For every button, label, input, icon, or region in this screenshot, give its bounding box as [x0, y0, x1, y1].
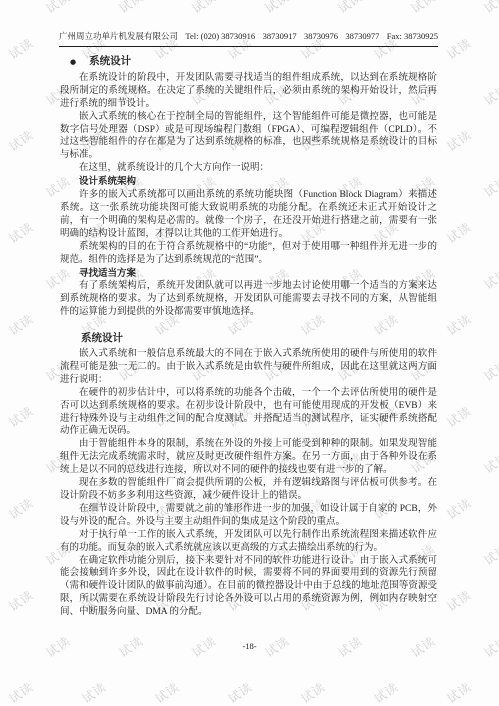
watermark-text: 试读: [443, 126, 474, 155]
watermark-text: 试读: [5, 494, 36, 523]
paragraph: 对于执行单一工作的嵌入式系统，开发团队可以先行制作出系统流程图来描述软件应有的功…: [60, 529, 437, 555]
watermark-text: 试读: [224, 678, 255, 706]
page-number: -18-: [242, 641, 256, 651]
paragraph: 系统架构的目的在于符合系统规格中的“功能”，但对于使用哪一种组件并无进一步的规范…: [60, 241, 437, 267]
paragraph: 许多的嵌入式系统都可以画出系统的系统功能块图（Function Block Di…: [60, 189, 437, 241]
watermark-text: 试读: [443, 402, 474, 431]
watermark-text: 试读: [0, 448, 1, 477]
paragraph: 在确定软件功能分别后，接下来要针对不同的软件功能进行设计。由于嵌入式系统可能会接…: [60, 555, 437, 620]
watermark-text: 试读: [334, 0, 365, 17]
paragraph: 嵌入式系统的核心在于控制全局的智能组件，这个智能组件可能是微控器，也可能是数字信…: [60, 111, 437, 163]
header-tel: Tel: (020) 38730916: [185, 31, 255, 41]
watermark-text: 试读: [443, 586, 474, 615]
header-tel-4: 38730977: [345, 31, 379, 41]
watermark-text: 试读: [5, 126, 36, 155]
watermark-text: 试读: [0, 264, 1, 293]
watermark-text: 试读: [0, 0, 1, 17]
watermark-text: 试读: [5, 402, 36, 431]
header-tel-3: 38730976: [304, 31, 338, 41]
watermark-text: 试读: [407, 0, 438, 17]
paragraph: 由于智能组件本身的限制，系统在外设的外接上可能受到种种的限制。如果发现智能组件无…: [60, 438, 437, 477]
watermark-text: 试读: [443, 678, 474, 706]
page-header: 广州周立功单片机发展有限公司 Tel: (020) 38730916 38730…: [59, 30, 438, 47]
watermark-text: 试读: [0, 540, 1, 569]
watermark-text: 试读: [5, 310, 36, 339]
watermark-text: 试读: [370, 678, 401, 706]
watermark-text: 试读: [480, 172, 499, 201]
watermark-text: 试读: [480, 264, 499, 293]
watermark-text: 试读: [5, 586, 36, 615]
bullet-heading-text: 系统设计: [89, 56, 131, 69]
paragraph: 在细节设计阶段中，需要就之前的雏形作进一步的加强，如设计属于自家的 PCB，外设…: [60, 503, 437, 529]
document-content: ●系统设计在系统设计的阶段中，开发团队需要寻找适当的组件组成系统，以达到在系统规…: [60, 56, 437, 619]
paragraph: 在系统设计的阶段中，开发团队需要寻找适当的组件组成系统，以达到在系统规格阶段所制…: [60, 72, 437, 111]
watermark-text: 试读: [443, 310, 474, 339]
watermark-text: 试读: [297, 678, 328, 706]
watermark-text: 试读: [5, 678, 36, 706]
watermark-text: 试读: [42, 0, 73, 17]
header-tel-2: 38730917: [263, 31, 297, 41]
watermark-text: 试读: [0, 172, 1, 201]
subheading: 寻找适当方案: [60, 268, 437, 281]
paragraph: 有了系统架构后，系统开发团队就可以再进一步地去讨论使用哪一个适当的方案来达到系统…: [60, 280, 437, 319]
watermark-text: 试读: [480, 0, 499, 17]
paragraph: 在这里，就系统设计的几个大方向作一说明：: [60, 162, 437, 175]
paragraph: 现在多数的智能组件厂商会提供所谓的公板，并有逻辑线路图与评估板可供参考。在设计阶…: [60, 477, 437, 503]
document-page: 试读试读试读试读试读试读试读试读试读试读试读试读试读试读试读试读试读试读试读试读…: [0, 0, 499, 706]
watermark-text: 试读: [5, 218, 36, 247]
watermark-text: 试读: [443, 494, 474, 523]
watermark-text: 试读: [188, 0, 219, 17]
bullet-icon: ●: [70, 59, 76, 66]
company-name: 广州周立功单片机发展有限公司: [59, 30, 178, 42]
watermark-text: 试读: [480, 80, 499, 109]
paragraph: 在硬件的初步估计中，可以将系统的功能各个击破，一个一个去评估所使用的硬件是否可以…: [60, 387, 437, 439]
watermark-text: 试读: [5, 34, 36, 63]
section-heading: 系统设计: [60, 333, 437, 346]
subheading: 设计系统架构: [60, 176, 437, 189]
watermark-text: 试读: [480, 448, 499, 477]
paragraph: 嵌入式系统和一般信息系统最大的不同在于嵌入式系统所使用的硬件与所使用的软件流程可…: [60, 348, 437, 387]
watermark-text: 试读: [480, 356, 499, 385]
header-fax: Fax: 38730925: [387, 31, 438, 41]
watermark-text: 试读: [480, 540, 499, 569]
watermark-text: 试读: [443, 218, 474, 247]
watermark-text: 试读: [78, 678, 109, 706]
page-footer: -18-: [0, 641, 499, 651]
watermark-text: 试读: [443, 34, 474, 63]
watermark-text: 试读: [261, 0, 292, 17]
watermark-text: 试读: [115, 0, 146, 17]
bullet-heading: ●系统设计: [60, 56, 437, 69]
watermark-text: 试读: [0, 356, 1, 385]
watermark-text: 试读: [151, 678, 182, 706]
watermark-text: 试读: [0, 80, 1, 109]
